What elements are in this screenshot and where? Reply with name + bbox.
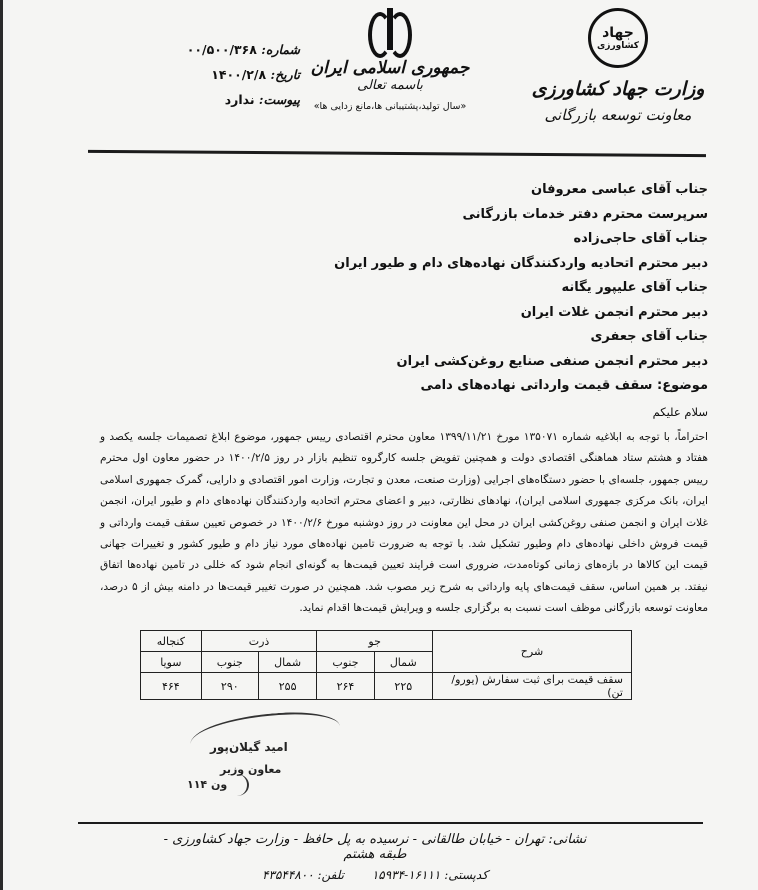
deputy-name: معاونت توسعه بازرگانی (518, 106, 718, 124)
signature-scribble: ون ۱۱۴ (187, 778, 227, 791)
cell-value: ۲۹۰ (201, 673, 258, 700)
ministry-header: جهاد کشاورزی وزارت جهاد کشاورزی معاونت ت… (518, 8, 718, 124)
price-ceiling-table: شرح جو ذرت کنجاله شمال جنوب شمال جنوب سو… (140, 630, 632, 700)
postal-code: کدپستی: ۱۶۱۱۱-۱۵۹۳۴ (372, 868, 488, 882)
col-barley-south: جنوب (317, 652, 374, 673)
republic-title: جمهوری اسلامی ایران (300, 58, 480, 78)
footer-contact: کدپستی: ۱۶۱۱۱-۱۵۹۳۴ تلفن: ۴۳۵۴۴۸۰۰ (150, 868, 600, 882)
footer: نشانی: تهران - خیابان طالقانی - نرسیده ب… (150, 832, 600, 882)
signature-hook (225, 774, 249, 796)
col-corn-north: شمال (258, 652, 316, 673)
signatory-title: معاون وزیر (220, 763, 281, 776)
phone-number: تلفن: ۴۳۵۴۴۸۰۰ (262, 868, 344, 882)
recipient-line: جناب آقای حاجی‌زاده (258, 227, 708, 252)
letter-page: جهاد کشاورزی وزارت جهاد کشاورزی معاونت ت… (0, 0, 758, 890)
jihad-keshavarzi-logo-icon: جهاد کشاورزی (588, 8, 648, 68)
col-barley-north: شمال (374, 652, 432, 673)
year-slogan: «سال تولید،پشتیبانی ها،مانع زدایی ها» (300, 101, 480, 112)
letter-number: شماره: ۰۰/۵۰۰/۳۶۸ (150, 42, 300, 57)
cell-value: ۲۶۴ (317, 673, 374, 700)
letter-attachment: پیوست: ندارد (150, 92, 300, 107)
footer-address: نشانی: تهران - خیابان طالقانی - نرسیده ب… (150, 832, 600, 862)
body-paragraph: احتراماً، با توجه به ابلاغیه شماره ۱۳۵۰۷… (100, 427, 708, 620)
recipient-line: دبیر محترم اتحادیه واردکنندگان نهاده‌های… (258, 252, 708, 277)
logo-text-top: جهاد (602, 26, 634, 40)
table-header-row: شرح جو ذرت کنجاله (141, 631, 632, 652)
greeting: سلام علیکم (653, 405, 708, 419)
recipient-line: دبیر محترم انجمن صنفی صنایع روغن‌کشی ایر… (258, 350, 708, 375)
col-corn-south: جنوب (201, 652, 258, 673)
signature-block: امید گیلان‌پور معاون وزیر ون ۱۱۴ (165, 700, 295, 795)
footer-divider (78, 822, 703, 824)
scan-edge (0, 0, 3, 890)
recipient-line: جناب آقای عباسی معروفان (258, 178, 708, 203)
letter-metadata: شماره: ۰۰/۵۰۰/۳۶۸ تاریخ: ۱۴۰۰/۲/۸ پیوست:… (150, 42, 300, 117)
col-group-corn: ذرت (201, 631, 317, 652)
recipient-line: جناب آقای جعفری (258, 325, 708, 350)
cell-value: ۴۶۴ (141, 673, 202, 700)
subject-line: موضوع: سقف قیمت وارداتی نهاده‌های دامی (258, 374, 708, 399)
table-row: سقف قیمت برای ثبت سفارش (یورو/تن) ۲۲۵ ۲۶… (141, 673, 632, 700)
invocation: باسمه تعالی (300, 78, 480, 93)
cell-value: ۲۵۵ (258, 673, 316, 700)
row-label: سقف قیمت برای ثبت سفارش (یورو/تن) (433, 673, 632, 700)
iran-emblem-icon (368, 6, 412, 54)
col-group-barley: جو (317, 631, 433, 652)
recipients-block: جناب آقای عباسی معروفان سرپرست محترم دفت… (258, 178, 708, 399)
col-description: شرح (433, 631, 632, 673)
signatory-name: امید گیلان‌پور (210, 740, 288, 754)
col-group-meal: کنجاله (141, 631, 202, 652)
republic-header: جمهوری اسلامی ایران باسمه تعالی «سال تول… (300, 6, 480, 112)
ministry-name: وزارت جهاد کشاورزی (518, 78, 718, 100)
recipient-line: دبیر محترم انجمن غلات ایران (258, 301, 708, 326)
recipient-line: جناب آقای علیپور یگانه (258, 276, 708, 301)
header-divider (88, 150, 706, 157)
letter-date: تاریخ: ۱۴۰۰/۲/۸ (150, 67, 300, 82)
cell-value: ۲۲۵ (374, 673, 432, 700)
col-soy-meal: سویا (141, 652, 202, 673)
recipient-line: سرپرست محترم دفتر خدمات بازرگانی (258, 203, 708, 228)
logo-text-bottom: کشاورزی (597, 42, 639, 51)
